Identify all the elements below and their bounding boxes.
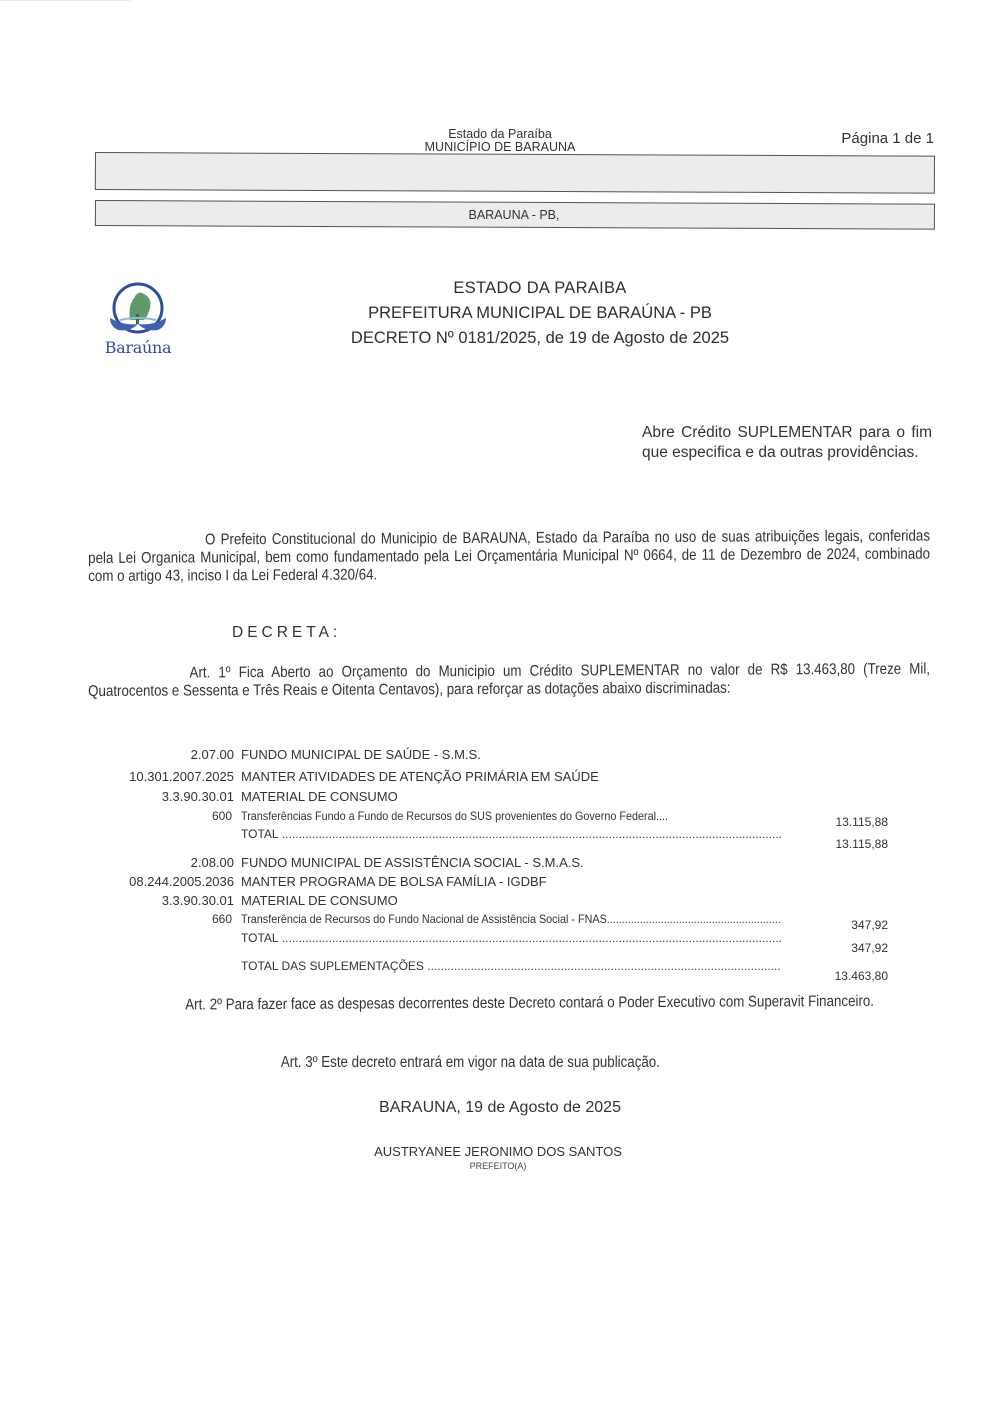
total-leader: TOTAL ..................................… [241, 930, 781, 947]
total-label: TOTAL [241, 930, 279, 947]
decreta-heading: DECRETA: [232, 624, 341, 642]
source-leader: Transferência de Recursos do Fundo Nacio… [241, 911, 781, 928]
title-decree: DECRETO Nº 0181/2025, de 19 de Agosto de… [260, 329, 820, 348]
title-state: ESTADO DA PARAIBA [260, 279, 820, 298]
total-value: 13.115,88 [836, 836, 889, 853]
budget-action-row: 08.244.2005.2036 MANTER PROGRAMA DE BOLS… [0, 873, 1000, 890]
element-code: 3.3.90.30.01 [162, 892, 234, 909]
action-code: 08.244.2005.2036 [129, 873, 234, 890]
dot-leader: ........................................… [279, 826, 781, 843]
unit-name: FUNDO MUNICIPAL DE SAÚDE - S.M.S. [241, 746, 481, 763]
header-empty-bar [95, 152, 935, 194]
dot-leader: ........................................… [424, 958, 781, 975]
header-location: BARAUNA - PB, [0, 208, 1000, 222]
grand-total-label: TOTAL DAS SUPLEMENTAÇÕES [241, 958, 424, 975]
intro-text: O Prefeito Constitucional do Municipio d… [88, 528, 930, 586]
unit-code: 2.07.00 [191, 746, 234, 763]
total-label: TOTAL [241, 826, 279, 843]
grand-total-leader: TOTAL DAS SUPLEMENTAÇÕES ...............… [241, 958, 781, 975]
source-name: Transferências Fundo a Fundo de Recursos… [241, 808, 668, 825]
decree-summary: Abre Crédito SUPLEMENTAR para o fim que … [642, 423, 932, 462]
budget-action-row: 10.301.2007.2025 MANTER ATIVIDADES DE AT… [0, 768, 1000, 785]
budget-source-row: 600 Transferências Fundo a Fundo de Recu… [0, 808, 1000, 825]
budget-element-row: 3.3.90.30.01 MATERIAL DE CONSUMO [0, 788, 1000, 805]
total-leader: TOTAL ..................................… [241, 826, 781, 843]
total-value: 347,92 [851, 940, 888, 957]
article-1: Art. 1º Fica Aberto ao Orçamento do Muni… [88, 661, 930, 701]
source-code: 600 [212, 808, 232, 825]
dot-leader: ........................................… [607, 911, 781, 928]
budget-unit-row: 2.08.00 FUNDO MUNICIPAL DE ASSISTÊNCIA S… [0, 854, 1000, 871]
article-1-text: Art. 1º Fica Aberto ao Orçamento do Muni… [88, 661, 930, 701]
article-3-text: Art. 3º Este decreto entrará em vigor na… [280, 1054, 659, 1072]
dot-leader: ........................................… [279, 930, 781, 947]
grand-total-value: 13.463,80 [835, 968, 888, 985]
article-3: Art. 3º Este decreto entrará em vigor na… [0, 1054, 940, 1072]
action-name: MANTER ATIVIDADES DE ATENÇÃO PRIMÁRIA EM… [241, 768, 599, 785]
unit-code: 2.08.00 [191, 854, 234, 871]
scan-artifact [0, 0, 130, 1]
budget-element-row: 3.3.90.30.01 MATERIAL DE CONSUMO [0, 892, 1000, 909]
element-name: MATERIAL DE CONSUMO [241, 892, 398, 909]
element-code: 3.3.90.30.01 [162, 788, 234, 805]
action-code: 10.301.2007.2025 [129, 768, 234, 785]
budget-grand-total-row: TOTAL DAS SUPLEMENTAÇÕES ...............… [0, 958, 1000, 975]
page-indicator: Página 1 de 1 [841, 130, 934, 147]
budget-source-row: 660 Transferência de Recursos do Fundo N… [0, 911, 1000, 928]
signatory-role: PREFEITO(A) [0, 1161, 996, 1171]
signatory-name: AUSTRYANEE JERONIMO DOS SANTOS [0, 1144, 996, 1159]
place-date: BARAUNA, 19 de Agosto de 2025 [0, 1099, 1000, 1117]
article-2: Art. 2º Para fazer face as despesas deco… [82, 993, 924, 1015]
element-name: MATERIAL DE CONSUMO [241, 788, 398, 805]
budget-total-row: TOTAL ..................................… [0, 930, 1000, 947]
intro-paragraph: O Prefeito Constitucional do Municipio d… [88, 528, 930, 586]
budget-total-row: TOTAL ..................................… [0, 826, 1000, 843]
source-code: 660 [212, 911, 232, 928]
unit-name: FUNDO MUNICIPAL DE ASSISTÊNCIA SOCIAL - … [241, 854, 584, 871]
budget-unit-row: 2.07.00 FUNDO MUNICIPAL DE SAÚDE - S.M.S… [0, 746, 1000, 763]
article-2-text: Art. 2º Para fazer face as despesas deco… [82, 993, 924, 1015]
action-name: MANTER PROGRAMA DE BOLSA FAMÍLIA - IGDBF [241, 873, 547, 890]
source-name: Transferência de Recursos do Fundo Nacio… [241, 911, 607, 928]
logo-wordmark: Baraúna [100, 338, 176, 357]
title-prefeitura: PREFEITURA MUNICIPAL DE BARAÚNA - PB [260, 304, 820, 323]
